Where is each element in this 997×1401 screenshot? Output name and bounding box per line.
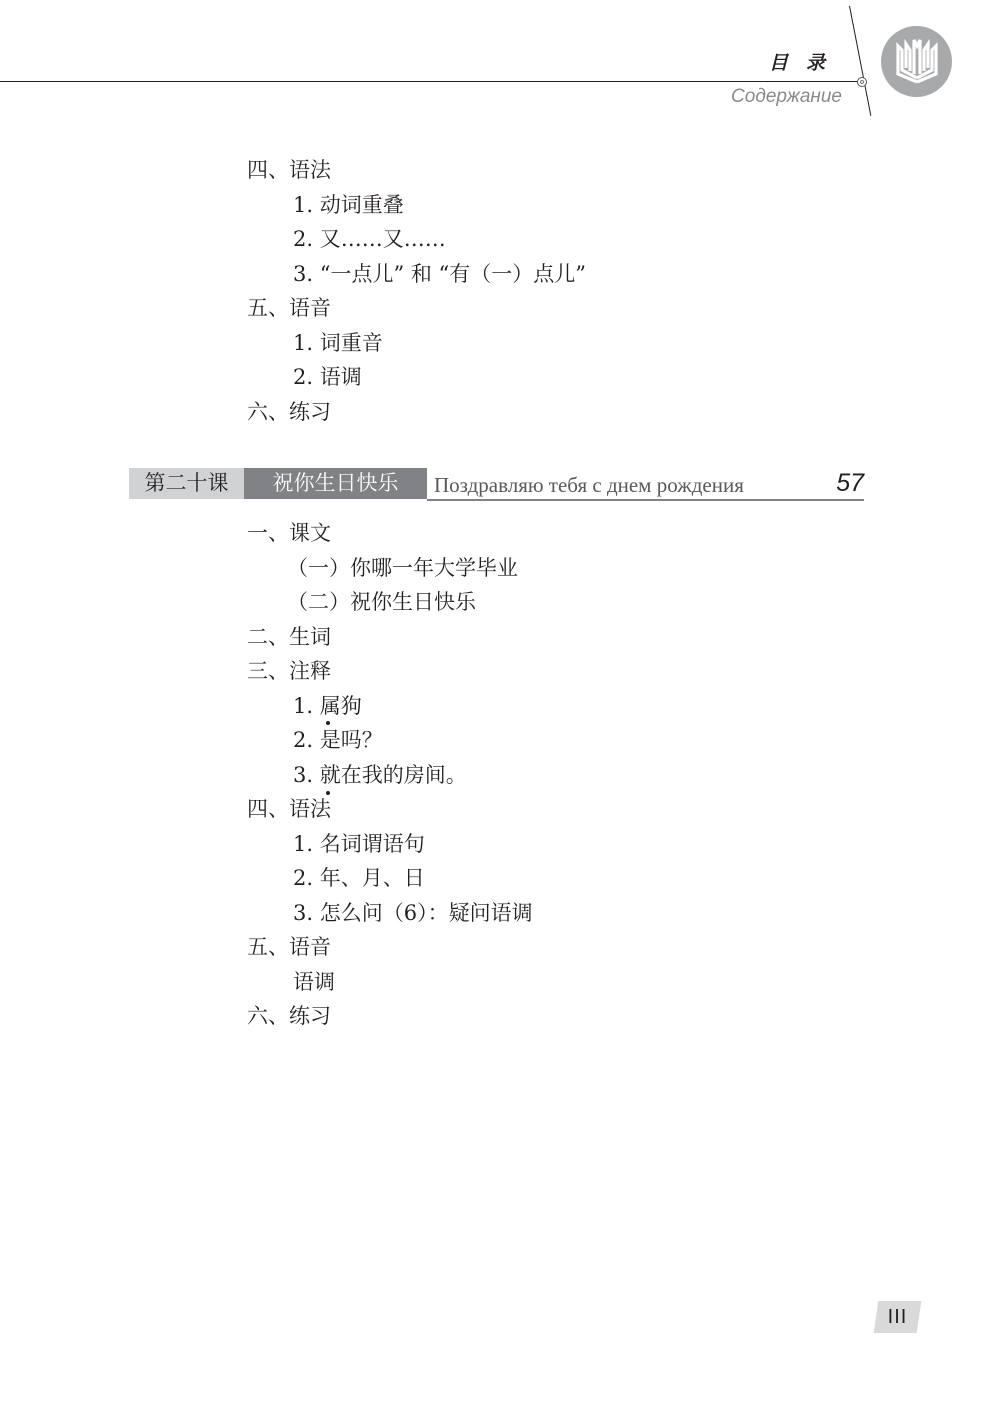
- toc-previous-lesson-continuation: 四、语法 1. 动词重叠 2. 又……又…… 3. “一点儿” 和 “有（一）点…: [247, 153, 586, 429]
- lesson-page-number: 57: [836, 468, 864, 499]
- book-emblem-icon: [881, 26, 952, 97]
- toc-item[interactable]: 3. 怎么问（6）：疑问语调: [247, 896, 533, 931]
- toc-section-vocabulary[interactable]: 二、生词: [247, 620, 533, 655]
- header-title-russian: Содержание: [731, 86, 842, 108]
- header-ring-ornament: [857, 77, 867, 87]
- toc-item[interactable]: 1. 名词谓语句: [247, 827, 533, 862]
- toc-section-phonetics[interactable]: 五、语音: [247, 291, 586, 326]
- header-rule: [0, 81, 862, 82]
- lesson-title-russian: Поздравляю тебя с днем рождения: [434, 470, 744, 501]
- toc-item[interactable]: 2. 语调: [247, 360, 586, 395]
- toc-section-phonetics[interactable]: 五、语音: [247, 930, 533, 965]
- emphasis-dot: [326, 791, 330, 795]
- toc-lesson-20: 一、课文 （一）你哪一年大学毕业 （二）祝你生日快乐 二、生词 三、注释 1. …: [247, 516, 533, 1034]
- toc-section-grammar[interactable]: 四、语法: [247, 792, 533, 827]
- toc-section-grammar[interactable]: 四、语法: [247, 153, 586, 188]
- lesson-heading-bar[interactable]: 第二十课 祝你生日快乐 Поздравляю тебя с днем рожде…: [129, 468, 864, 500]
- toc-item[interactable]: 语调: [247, 965, 533, 1000]
- toc-item[interactable]: 1. 属狗: [247, 689, 533, 724]
- header-diagonal-line: [849, 6, 871, 116]
- toc-item-emphasized[interactable]: 2. 是吗？: [247, 723, 533, 758]
- toc-section-text[interactable]: 一、课文: [247, 516, 533, 551]
- lesson-number: 第二十课: [129, 468, 244, 499]
- toc-item[interactable]: 1. 词重音: [247, 326, 586, 361]
- page-number: III: [876, 1301, 919, 1333]
- toc-item[interactable]: 2. 又……又……: [247, 222, 586, 257]
- toc-item-label: 2. 是吗？: [293, 728, 383, 752]
- toc-section-notes[interactable]: 三、注释: [247, 654, 533, 689]
- header-title-chinese: 目录: [769, 48, 843, 75]
- lesson-underline: [427, 499, 864, 501]
- toc-item[interactable]: （一）你哪一年大学毕业: [247, 551, 533, 586]
- toc-item[interactable]: 3. “一点儿” 和 “有（一）点儿”: [247, 257, 586, 292]
- toc-item[interactable]: （二）祝你生日快乐: [247, 585, 533, 620]
- toc-item-label: 3. 就在我的房间。: [293, 763, 467, 787]
- lesson-title-chinese: 祝你生日快乐: [244, 468, 427, 499]
- toc-item[interactable]: 2. 年、月、日: [247, 861, 533, 896]
- toc-item[interactable]: 1. 动词重叠: [247, 188, 586, 223]
- page-number-badge: III: [874, 1301, 921, 1333]
- toc-item-emphasized[interactable]: 3. 就在我的房间。: [247, 758, 533, 793]
- emphasis-dot: [326, 721, 330, 725]
- toc-section-exercises[interactable]: 六、练习: [247, 395, 586, 430]
- toc-section-exercises[interactable]: 六、练习: [247, 999, 533, 1034]
